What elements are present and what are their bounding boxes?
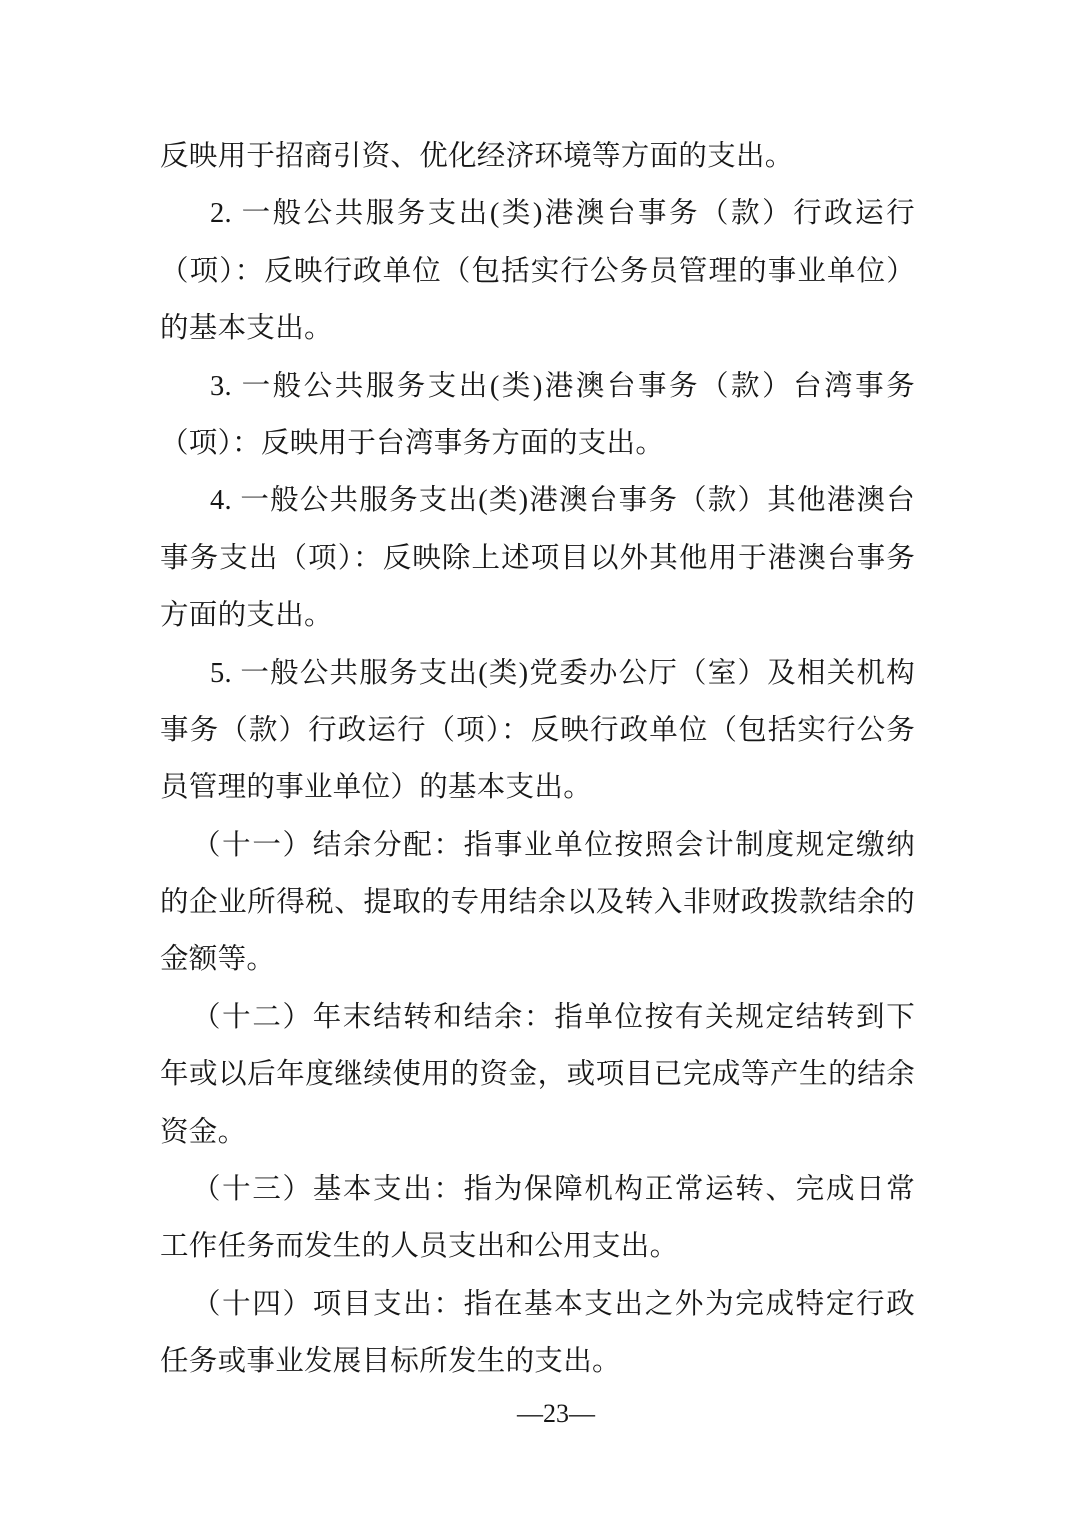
text-line: （十三）基本支出：指为保障机构正常运转、完成日常 (160, 1161, 915, 1218)
paragraph-item-11: （十一）结余分配：指事业单位按照会计制度规定缴纳 的企业所得税、提取的专用结余以… (160, 817, 915, 989)
text-column: 反映用于招商引资、优化经济环境等方面的支出。 2. 一般公共服务支出(类)港澳台… (160, 128, 915, 1391)
text-line: 员管理的事业单位）的基本支出。 (160, 759, 915, 816)
page-number: —23— (38, 1394, 1074, 1434)
text-line: 年或以后年度继续使用的资金，或项目已完成等产生的结余 (160, 1046, 915, 1103)
paragraph-item-5: 5. 一般公共服务支出(类)党委办公厅（室）及相关机构 事务（款）行政运行（项）… (160, 645, 915, 817)
text-line: 工作任务而发生的人员支出和公用支出。 (160, 1218, 915, 1275)
text-line: （十二）年末结转和结余：指单位按有关规定结转到下 (160, 989, 915, 1046)
text-line: 资金。 (160, 1104, 915, 1161)
text-line: （十一）结余分配：指事业单位按照会计制度规定缴纳 (160, 817, 915, 874)
text-line: 事务支出（项）：反映除上述项目以外其他用于港澳台事务 (160, 530, 915, 587)
text-line: 的基本支出。 (160, 300, 915, 357)
text-line: 4. 一般公共服务支出(类)港澳台事务（款）其他港澳台 (160, 472, 915, 529)
text-line: 5. 一般公共服务支出(类)党委办公厅（室）及相关机构 (160, 645, 915, 702)
paragraph-continuation: 反映用于招商引资、优化经济环境等方面的支出。 (160, 128, 915, 185)
paragraph-item-4: 4. 一般公共服务支出(类)港澳台事务（款）其他港澳台 事务支出（项）：反映除上… (160, 472, 915, 644)
text-line: 的企业所得税、提取的专用结余以及转入非财政拨款结余的 (160, 874, 915, 931)
paragraph-item-14: （十四）项目支出：指在基本支出之外为完成特定行政 任务或事业发展目标所发生的支出… (160, 1276, 915, 1391)
paragraph-item-3: 3. 一般公共服务支出(类)港澳台事务（款）台湾事务 （项）：反映用于台湾事务方… (160, 358, 915, 473)
text-line: 反映用于招商引资、优化经济环境等方面的支出。 (160, 128, 915, 185)
text-line: 金额等。 (160, 931, 915, 988)
text-line: 3. 一般公共服务支出(类)港澳台事务（款）台湾事务 (160, 358, 915, 415)
text-line: （项）：反映用于台湾事务方面的支出。 (160, 415, 915, 472)
text-line: 方面的支出。 (160, 587, 915, 644)
paragraph-item-13: （十三）基本支出：指为保障机构正常运转、完成日常 工作任务而发生的人员支出和公用… (160, 1161, 915, 1276)
paragraph-item-2: 2. 一般公共服务支出(类)港澳台事务（款）行政运行 （项）：反映行政单位（包括… (160, 185, 915, 357)
paragraph-item-12: （十二）年末结转和结余：指单位按有关规定结转到下 年或以后年度继续使用的资金，或… (160, 989, 915, 1161)
text-line: 任务或事业发展目标所发生的支出。 (160, 1333, 915, 1390)
text-line: 事务（款）行政运行（项）：反映行政单位（包括实行公务 (160, 702, 915, 759)
text-line: （项）：反映行政单位（包括实行公务员管理的事业单位） (160, 243, 915, 300)
document-page: 反映用于招商引资、优化经济环境等方面的支出。 2. 一般公共服务支出(类)港澳台… (0, 0, 1074, 1520)
text-line: （十四）项目支出：指在基本支出之外为完成特定行政 (160, 1276, 915, 1333)
text-line: 2. 一般公共服务支出(类)港澳台事务（款）行政运行 (160, 185, 915, 242)
